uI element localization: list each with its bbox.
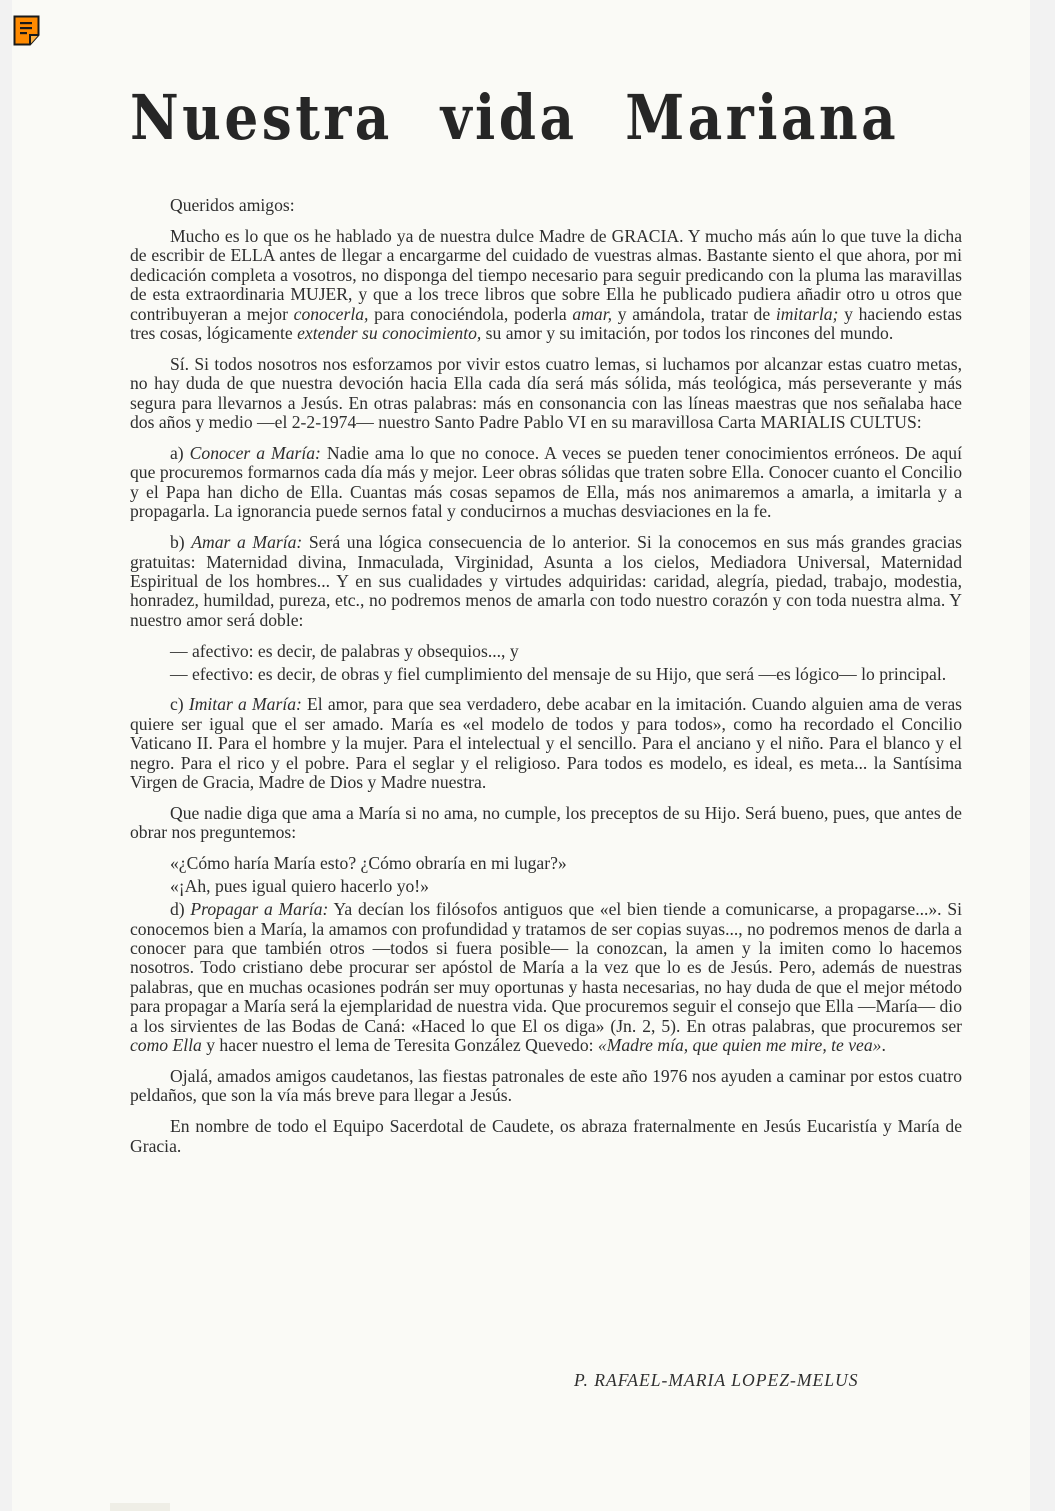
paragraph-amar: b) Amar a María: Será una lógica consecu…	[130, 533, 962, 630]
quote-ah-pues: «¡Ah, pues igual quiero hacerlo yo!»	[130, 877, 962, 896]
note-icon-glyph	[13, 15, 40, 46]
note-icon[interactable]	[13, 15, 40, 46]
text: Ya decían los filósofos antiguos que «el…	[130, 899, 962, 1035]
section-heading: Conocer a María:	[190, 443, 321, 463]
quote-como-haria: «¿Cómo haría María esto? ¿Cómo obraría e…	[130, 854, 962, 873]
text: su amor y su imitación, por todos los ri…	[481, 323, 893, 343]
paragraph-ojala: Ojalá, amados amigos caudetanos, las fie…	[130, 1067, 962, 1106]
text: para conociéndola, poderla	[368, 304, 572, 324]
scan-artifact	[110, 1503, 170, 1511]
emphasis: extender su conocimiento,	[297, 323, 481, 343]
paragraph-que-nadie: Que nadie diga que ama a María si no ama…	[130, 804, 962, 843]
list-label: d)	[170, 899, 190, 919]
list-label: c)	[170, 694, 189, 714]
emphasis: amar,	[572, 304, 612, 324]
page-title: Nuestra vida Mariana	[130, 78, 784, 158]
section-heading: Propagar a María:	[190, 899, 328, 919]
emphasis: como Ella	[130, 1035, 202, 1055]
paragraph-en-nombre: En nombre de todo el Equipo Sacerdotal d…	[130, 1117, 962, 1156]
letter-body: Queridos amigos: Mucho es lo que os he h…	[130, 196, 962, 1167]
paragraph-propagar: d) Propagar a María: Ya decían los filós…	[130, 900, 962, 1055]
emphasis: «Madre mía, que quien me mire, te vea»	[598, 1035, 882, 1055]
emphasis: imitarla;	[776, 304, 839, 324]
paragraph-intro: Mucho es lo que os he hablado ya de nues…	[130, 227, 962, 343]
signature: P. RAFAEL-MARIA LOPEZ-MELUS	[574, 1370, 859, 1391]
salutation: Queridos amigos:	[130, 196, 962, 215]
paragraph-efectivo: — efectivo: es decir, de obras y fiel cu…	[130, 665, 962, 684]
emphasis: conocerla,	[294, 304, 369, 324]
section-heading: Imitar a María:	[189, 694, 302, 714]
paragraph-imitar: c) Imitar a María: El amor, para que sea…	[130, 695, 962, 792]
paragraph-si: Sí. Si todos nosotros nos esforzamos por…	[130, 355, 962, 433]
section-heading: Amar a María:	[191, 532, 302, 552]
text: y amándola, tratar de	[612, 304, 776, 324]
list-label: a)	[170, 443, 190, 463]
paragraph-conocer: a) Conocer a María: Nadie ama lo que no …	[130, 444, 962, 522]
text: .	[881, 1035, 885, 1055]
paragraph-afectivo: — afectivo: es decir, de palabras y obse…	[130, 642, 962, 661]
list-label: b)	[170, 532, 191, 552]
text: y hacer nuestro el lema de Teresita Gonz…	[202, 1035, 598, 1055]
